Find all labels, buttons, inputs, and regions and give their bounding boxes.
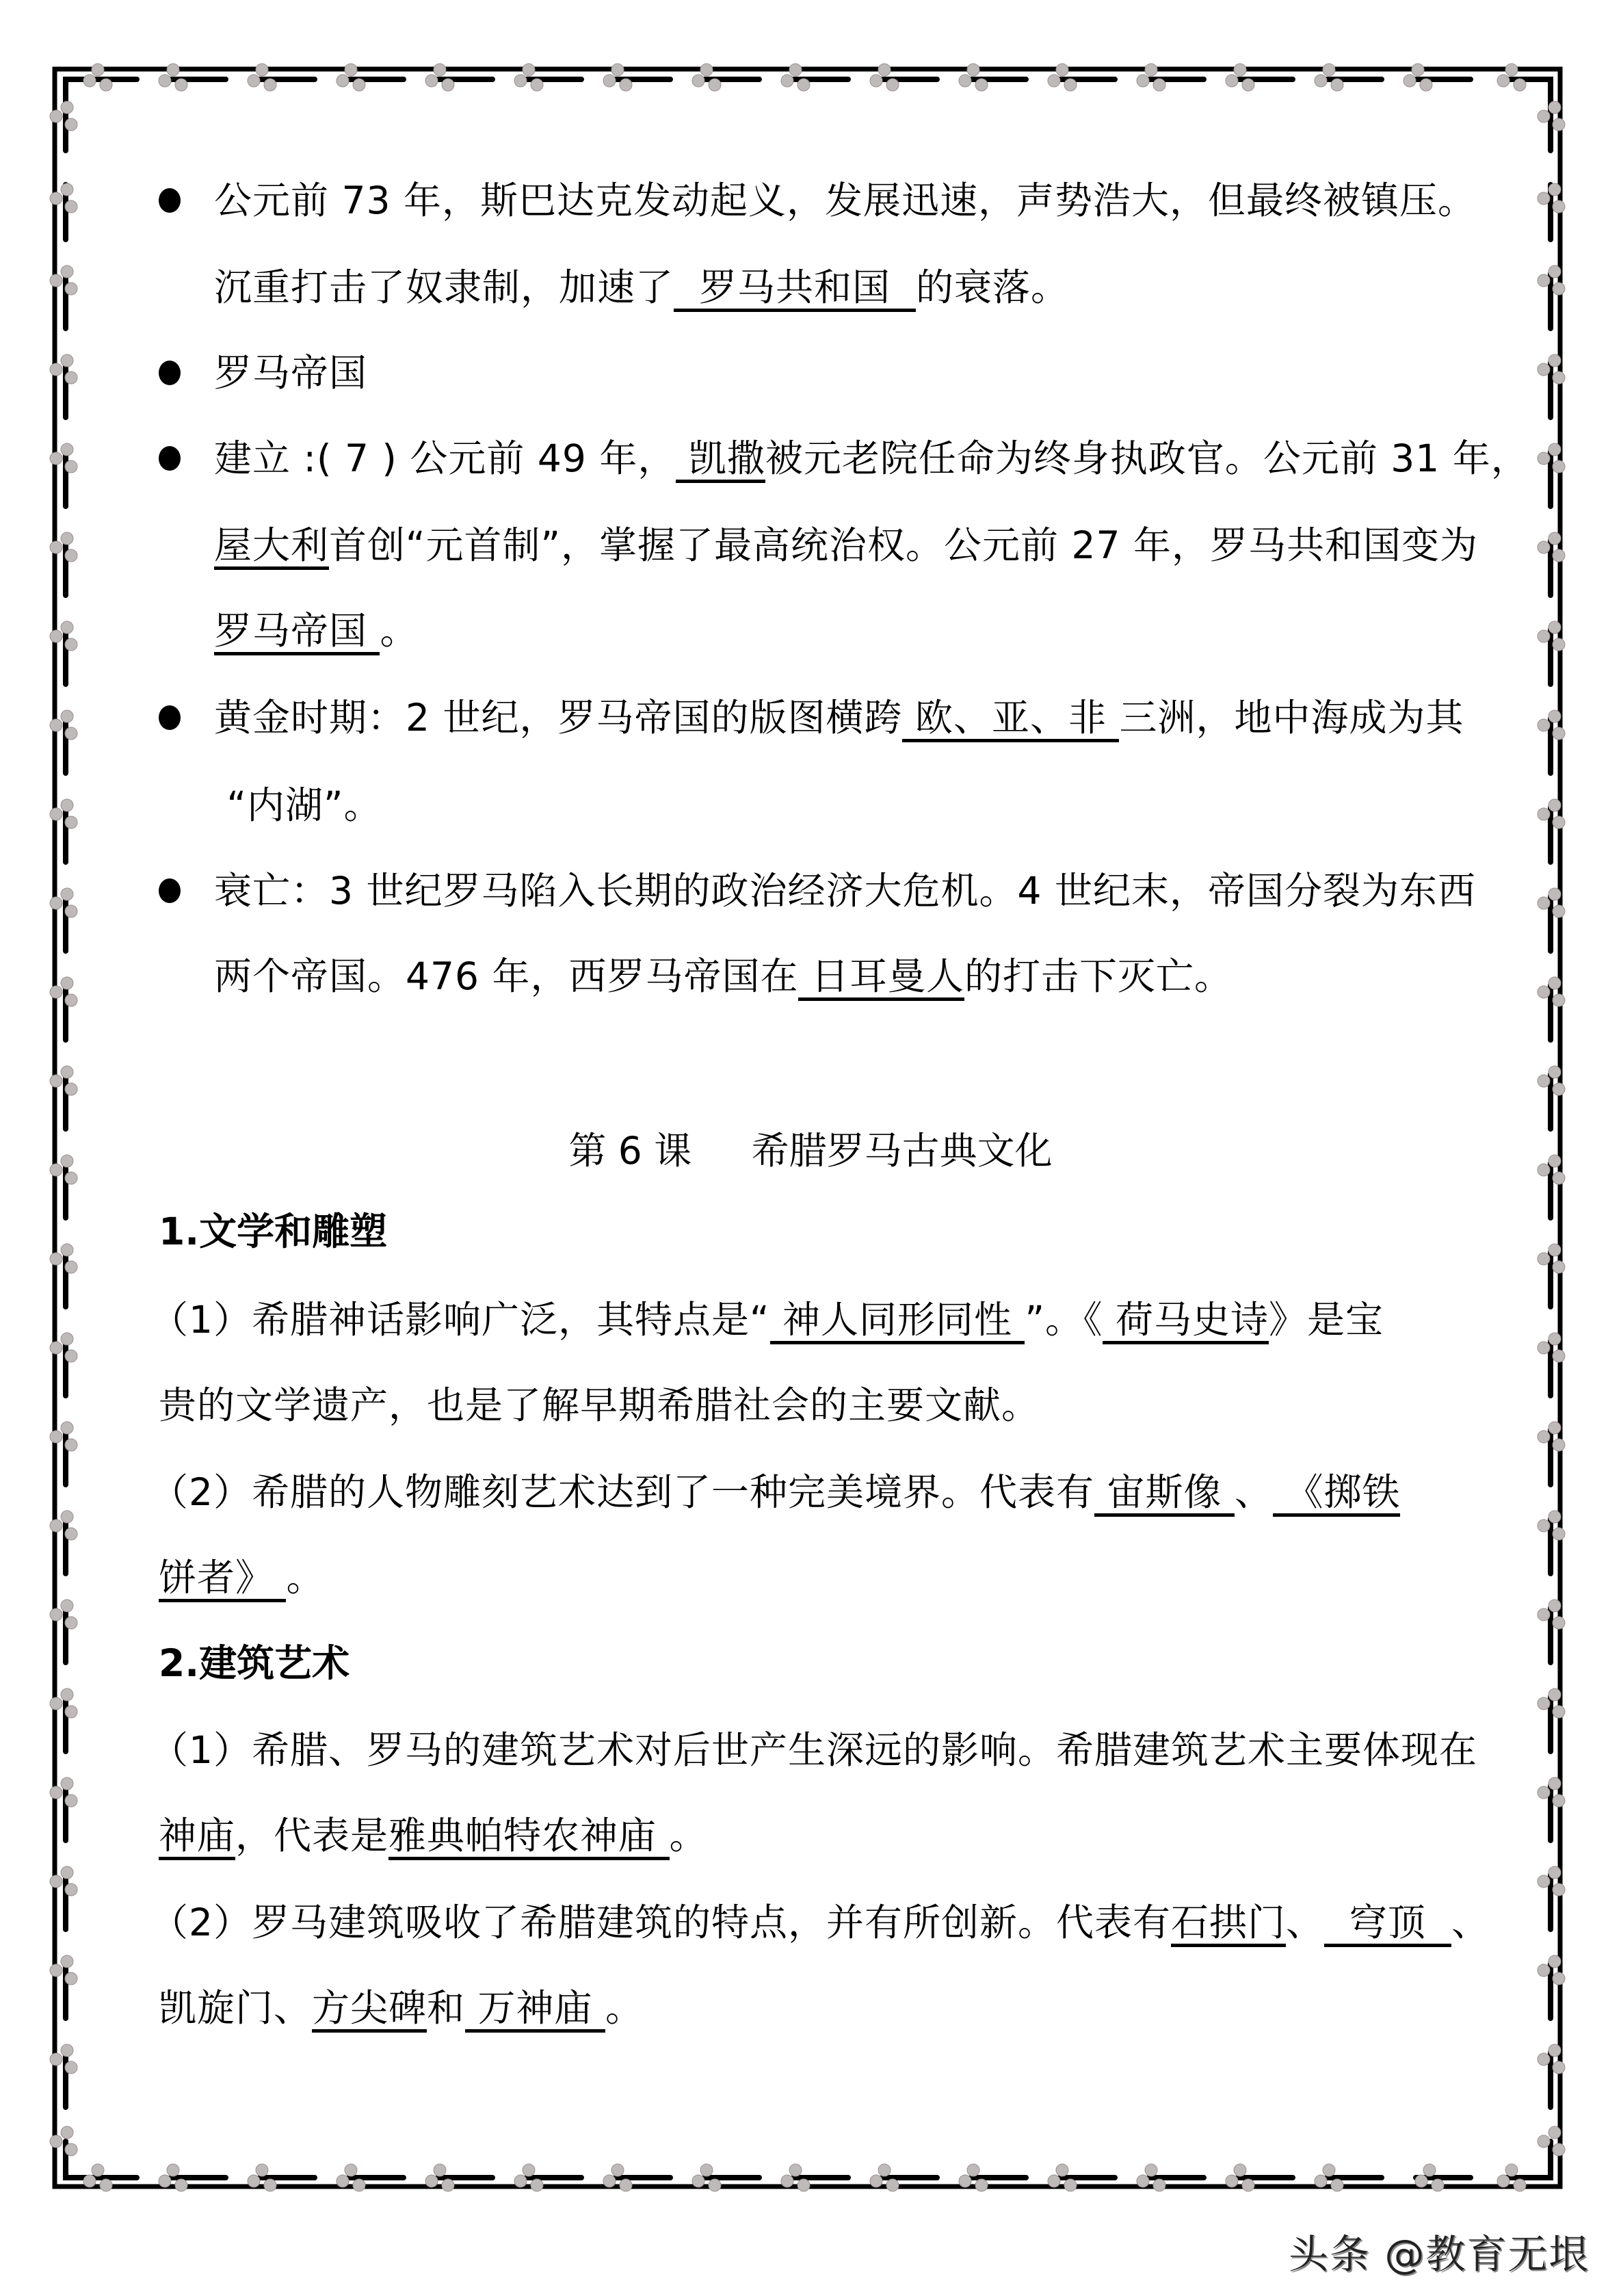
text-segment: 衰亡：3 世纪罗马陷入长期的政治经济大危机。4 世纪末，帝国分裂为东西 (214, 869, 1476, 913)
text-line: 两个帝国。476 年，西罗马帝国在 日耳曼人的打击下灭亡。 (214, 949, 1233, 1004)
fill-in-answer: 石拱门 (1171, 1901, 1286, 1947)
text-segment: 公元前 73 年，斯巴达克发动起义，发展迅速，声势浩大，但最终被镇压。 (214, 179, 1476, 222)
text-segment: 两个帝国。476 年，西罗马帝国在 (214, 954, 798, 998)
text-segment: 沉重打击了奴隶制，加速了 (214, 265, 674, 309)
text-segment: 的打击下灭亡。 (964, 954, 1233, 998)
bullet-marker (159, 188, 181, 213)
fill-in-answer: 罗马共和国 (674, 266, 916, 312)
text-line: 衰亡：3 世纪罗马陷入长期的政治经济大危机。4 世纪末，帝国分裂为东西 (214, 863, 1476, 918)
text-line: （2）希腊的人物雕刻艺术达到了一种完美境界。代表有 宙斯像 、 《掷铁 (150, 1465, 1400, 1519)
text-segment: “内湖”。 (214, 783, 382, 827)
fill-in-answer: 宙斯像 (1094, 1471, 1235, 1517)
watermark: 头条 @教育无垠 (1289, 2222, 1590, 2280)
text-line: （1）希腊、罗马的建筑艺术对后世产生深远的影响。希腊建筑艺术主要体现在 (150, 1723, 1477, 1777)
section-heading: 2.建筑艺术 (159, 1636, 350, 1691)
text-segment: 贵的文学遗产，也是了解早期希腊社会的主要文献。 (159, 1383, 1040, 1427)
section-heading: 1.文学和雕塑 (159, 1204, 387, 1259)
text-segment: 凯旋门、 (159, 1986, 312, 2030)
fill-in-answer: 《掷铁 (1273, 1471, 1400, 1517)
bullet-marker (159, 361, 181, 385)
bullet-marker (159, 446, 181, 471)
fill-in-answer: 凯撒 (676, 437, 765, 483)
text-line: 罗马帝国 (214, 345, 367, 400)
fill-in-answer: 穹顶 (1324, 1901, 1451, 1947)
text-line: “内湖”。 (214, 778, 382, 833)
text-segment: 黄金时期：2 世纪，罗马帝国的版图横跨 (214, 696, 902, 740)
text-line: 贵的文学遗产，也是了解早期希腊社会的主要文献。 (159, 1378, 1040, 1433)
fill-in-answer: 方尖碑 (312, 1987, 427, 2033)
text-segment: 罗马帝国 (214, 351, 367, 395)
fill-in-answer: 日耳曼人 (798, 955, 964, 1001)
text-line: （2）罗马建筑吸收了希腊建筑的特点，并有所创新。代表有石拱门、 穹顶 、 (150, 1895, 1490, 1950)
text-segment: 和 (427, 1986, 465, 2030)
fill-in-answer: 雅典帕特农神庙 (388, 1814, 669, 1860)
text-segment: （1）希腊神话影响广泛，其特点是“ (150, 1298, 770, 1342)
text-segment: 被元老院任命为终身执政官。公元前 31 年， (765, 436, 1529, 480)
fill-in-answer: 万神庙 (465, 1987, 605, 2033)
text-segment: 。 (670, 1814, 708, 1857)
text-line: 饼者》 。 (159, 1550, 325, 1605)
text-line: 罗马帝国 。 (214, 603, 419, 658)
text-segment: 、 (1286, 1901, 1324, 1944)
text-segment: 。 (286, 1556, 324, 1600)
bullet-marker (159, 878, 181, 903)
text-segment: 。 (605, 1986, 644, 2030)
text-segment: 、 (1451, 1901, 1490, 1944)
fill-in-answer: 神人同形同性 (770, 1299, 1025, 1344)
fill-in-answer: 罗马帝国 (214, 610, 380, 655)
text-line: 公元前 73 年，斯巴达克发动起义，发展迅速，声势浩大，但最终被镇压。 (214, 173, 1476, 228)
fill-in-answer: 屋大利 (214, 524, 329, 570)
fill-in-answer: 荷马史诗 (1103, 1299, 1268, 1344)
fill-in-answer: 欧、亚、非 (902, 696, 1119, 742)
text-segment: （2）希腊的人物雕刻艺术达到了一种完美境界。代表有 (150, 1470, 1094, 1514)
text-line: 屋大利首创“元首制”，掌握了最高统治权。公元前 27 年，罗马共和国变为 (214, 518, 1478, 573)
text-segment: 建立 :( 7 ) 公元前 49 年， (214, 436, 676, 480)
text-line: 黄金时期：2 世纪，罗马帝国的版图横跨 欧、亚、非 三洲，地中海成为其 (214, 690, 1464, 745)
lesson-title: 第 6 课 希腊罗马古典文化 (0, 1123, 1621, 1178)
text-segment: （1）希腊、罗马的建筑艺术对后世产生深远的影响。希腊建筑艺术主要体现在 (150, 1728, 1477, 1772)
text-segment: ，代表是 (235, 1814, 388, 1857)
text-segment: 的衰落。 (916, 265, 1069, 309)
fill-in-answer: 饼者》 (159, 1556, 286, 1602)
text-segment: 三洲，地中海成为其 (1119, 696, 1464, 740)
text-line: 沉重打击了奴隶制，加速了 罗马共和国 的衰落。 (214, 260, 1069, 315)
text-segment: 。 (380, 609, 418, 653)
text-segment: （2）罗马建筑吸收了希腊建筑的特点，并有所创新。代表有 (150, 1901, 1171, 1944)
text-line: 凯旋门、方尖碑和 万神庙 。 (159, 1981, 644, 2035)
bullet-marker (159, 705, 181, 730)
text-segment: 、 (1235, 1470, 1273, 1514)
text-segment: 》是宝 (1269, 1298, 1384, 1342)
text-line: 神庙，代表是雅典帕特农神庙 。 (159, 1808, 708, 1863)
text-line: （1）希腊神话影响广泛，其特点是“ 神人同形同性 ”。《 荷马史诗》是宝 (150, 1292, 1384, 1347)
text-segment: ”。《 (1025, 1298, 1103, 1342)
fill-in-answer: 神庙 (159, 1814, 235, 1860)
text-line: 建立 :( 7 ) 公元前 49 年， 凯撒被元老院任命为终身执政官。公元前 3… (214, 431, 1529, 486)
text-segment: 首创“元首制”，掌握了最高统治权。公元前 27 年，罗马共和国变为 (329, 523, 1478, 567)
